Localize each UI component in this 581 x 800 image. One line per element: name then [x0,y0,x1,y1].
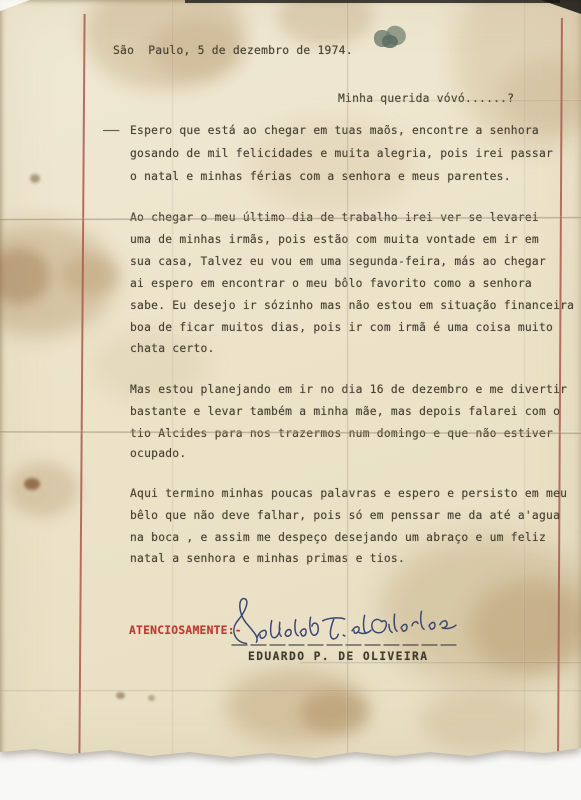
letter-line: o natal e minhas férias com a senhora e … [130,170,511,183]
letter-paper: São Paulo, 5 de dezembro de 1974. Minha … [0,0,581,762]
stain [300,690,370,735]
closing-label: ATENCIOSAMENTE:- [129,624,242,637]
stain [420,690,540,750]
letter-line: ocupado. [130,447,186,460]
stain [24,478,40,490]
fold-crease [350,99,581,102]
letter-line: sua casa, Talvez eu vou em uma segunda-f… [130,255,546,268]
fold-crease [171,0,174,762]
stain [60,255,120,295]
dateline: São Paulo, 5 de dezembro de 1974. [113,44,353,57]
letter-line: sabe. Eu desejo ir sózinho mas não estou… [130,299,574,312]
fold-crease [300,661,581,664]
scan-edge-top [185,0,560,3]
stain [116,692,125,699]
fold-crease [346,0,349,762]
letter-line: na boca , e assim me despeço desejando u… [130,531,546,544]
stain [8,462,78,517]
fold-crease [0,689,581,692]
stain [30,174,40,183]
stain [148,695,155,701]
fold-crease [523,0,526,762]
letter-line: ai espero em encontrar o meu bôlo favori… [130,277,532,290]
paragraph-dash: — [103,124,110,137]
scanned-letter: São Paulo, 5 de dezembro de 1974. Minha … [0,0,581,800]
ink-stamp-blob [374,26,408,50]
letter-line: boa de ficar muitos dias, pois ir com ir… [130,321,553,334]
scan-edge-corner-left [0,0,30,11]
letter-line: uma de minhas irmãs, pois estão com muit… [130,233,539,246]
letter-line: gosando de mil felicidades e muita alegr… [130,147,553,160]
stain [278,0,373,46]
left-margin-rule [78,14,85,756]
letter-line: Espero que está ao chegar em tuas maõs, … [130,124,539,137]
